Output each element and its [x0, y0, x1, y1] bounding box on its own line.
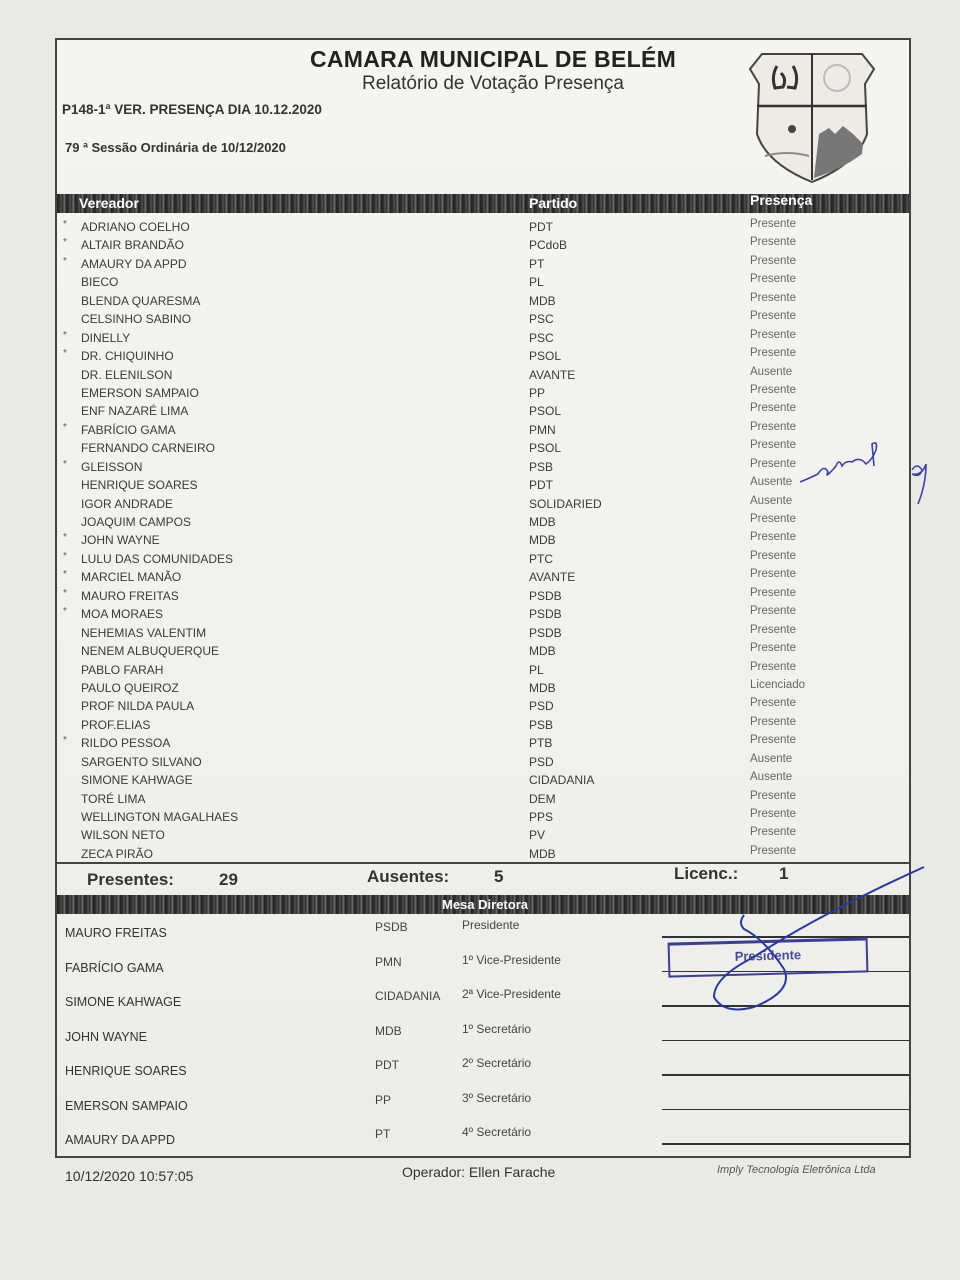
table-row: WELLINGTON MAGALHAESPPSPresente: [57, 808, 909, 826]
partido: PSOL: [529, 441, 561, 455]
mesa-member-cargo: 2º Secretário: [462, 1056, 531, 1070]
vereador-name: FERNANDO CARNEIRO: [81, 441, 215, 455]
presenca-status: Ausente: [750, 476, 792, 488]
presenca-status: Presente: [750, 550, 796, 562]
vereador-name: MOA MORAES: [81, 607, 163, 621]
partido: PSOL: [529, 404, 561, 418]
row-marker: *: [63, 348, 67, 359]
presenca-status: Ausente: [750, 366, 792, 378]
vereador-name: ADRIANO COELHO: [81, 220, 190, 234]
partido: MDB: [529, 847, 556, 861]
vereador-name: SIMONE KAHWAGE: [81, 773, 193, 787]
vereador-name: DR. ELENILSON: [81, 368, 172, 382]
partido: PSD: [529, 699, 554, 713]
row-marker: *: [63, 569, 67, 580]
signature-line: [662, 1074, 909, 1076]
vereadores-table: *ADRIANO COELHOPDTPresente*ALTAIR BRANDÃ…: [57, 218, 909, 863]
column-header-partido: Partido: [529, 195, 577, 211]
presenca-status: Presente: [750, 402, 796, 414]
mesa-member-partido: MDB: [375, 1024, 402, 1038]
presenca-status: Presente: [750, 236, 796, 248]
signature-line: [662, 1143, 909, 1145]
presenca-status: Presente: [750, 255, 796, 267]
mesa-member-name: EMERSON SAMPAIO: [65, 1099, 188, 1113]
table-row: WILSON NETOPVPresente: [57, 826, 909, 844]
partido: MDB: [529, 533, 556, 547]
presenca-status: Presente: [750, 347, 796, 359]
vereador-name: IGOR ANDRADE: [81, 497, 173, 511]
table-row: *DINELLYPSCPresente: [57, 329, 909, 347]
mesa-row: JOHN WAYNEMDB1º Secretário: [57, 1016, 909, 1051]
vereador-name: LULU DAS COMUNIDADES: [81, 552, 233, 566]
ausentes-label: Ausentes:: [367, 867, 449, 887]
mesa-member-cargo: Presidente: [462, 918, 519, 932]
presenca-status: Presente: [750, 826, 796, 838]
table-row: *GLEISSONPSBPresente: [57, 458, 909, 476]
report-datetime: 10/12/2020 10:57:05: [65, 1168, 193, 1184]
signature-line: [662, 1109, 909, 1111]
presenca-status: Presente: [750, 439, 796, 451]
presenca-status: Ausente: [750, 771, 792, 783]
mesa-member-partido: PMN: [375, 955, 402, 969]
partido: MDB: [529, 644, 556, 658]
partido: PV: [529, 828, 545, 842]
table-row: *MARCIEL MANÃOAVANTEPresente: [57, 568, 909, 586]
partido: PDT: [529, 478, 553, 492]
partido: PSDB: [529, 607, 562, 621]
presenca-status: Presente: [750, 661, 796, 673]
vereador-name: GLEISSON: [81, 460, 142, 474]
vereador-name: BLENDA QUARESMA: [81, 294, 200, 308]
table-header: Vereador Partido Presença: [57, 194, 909, 213]
vereador-name: WELLINGTON MAGALHAES: [81, 810, 238, 824]
presenca-status: Presente: [750, 642, 796, 654]
vereador-name: DR. CHIQUINHO: [81, 349, 174, 363]
table-row: PAULO QUEIROZMDBLicenciado: [57, 679, 909, 697]
partido: MDB: [529, 515, 556, 529]
partido: MDB: [529, 294, 556, 308]
presenca-status: Presente: [750, 790, 796, 802]
vereador-name: SARGENTO SILVANO: [81, 755, 202, 769]
table-row: NENEM ALBUQUERQUEMDBPresente: [57, 642, 909, 660]
presenca-status: Presente: [750, 421, 796, 433]
mesa-member-cargo: 4º Secretário: [462, 1125, 531, 1139]
mesa-member-cargo: 1º Secretário: [462, 1022, 531, 1036]
mesa-member-partido: PDT: [375, 1058, 399, 1072]
partido: CIDADANIA: [529, 773, 594, 787]
presenca-status: Ausente: [750, 495, 792, 507]
partido: DEM: [529, 792, 556, 806]
presenca-status: Presente: [750, 218, 796, 230]
vereador-name: PROF.ELIAS: [81, 718, 150, 732]
presenca-status: Presente: [750, 845, 796, 857]
partido: PSOL: [529, 349, 561, 363]
operator-name: Operador: Ellen Farache: [402, 1164, 555, 1180]
company-credit: Imply Tecnologia Eletrônica Ltda: [717, 1164, 876, 1176]
vereador-name: AMAURY DA APPD: [81, 257, 187, 271]
vereador-name: PAULO QUEIROZ: [81, 681, 179, 695]
presenca-status: Presente: [750, 697, 796, 709]
presenca-status: Presente: [750, 384, 796, 396]
vereador-name: WILSON NETO: [81, 828, 165, 842]
partido: MDB: [529, 681, 556, 695]
table-row: DR. ELENILSONAVANTEAusente: [57, 366, 909, 384]
licenc-label: Licenc.:: [674, 864, 738, 884]
partido: PL: [529, 275, 544, 289]
table-row: *LULU DAS COMUNIDADESPTCPresente: [57, 550, 909, 568]
table-row: PROF NILDA PAULAPSDPresente: [57, 697, 909, 715]
mesa-row: EMERSON SAMPAIOPP3º Secretário: [57, 1085, 909, 1120]
presidente-stamp: Presidente: [668, 937, 869, 977]
partido: PSC: [529, 312, 554, 326]
table-row: BIECOPLPresente: [57, 273, 909, 291]
table-row: *JOHN WAYNEMDBPresente: [57, 531, 909, 549]
table-row: *MOA MORAESPSDBPresente: [57, 605, 909, 623]
presenca-status: Ausente: [750, 753, 792, 765]
vereador-name: ZECA PIRÃO: [81, 847, 153, 861]
totals-bar: Presentes: 29 Ausentes: 5 Licenc.: 1: [57, 866, 909, 892]
partido: PSDB: [529, 626, 562, 640]
mesa-member-name: MAURO FREITAS: [65, 926, 167, 940]
table-row: *FABRÍCIO GAMAPMNPresente: [57, 421, 909, 439]
mesa-row: SIMONE KAHWAGECIDADANIA2ª Vice-President…: [57, 981, 909, 1016]
table-row: TORÉ LIMADEMPresente: [57, 790, 909, 808]
vereador-name: PABLO FARAH: [81, 663, 163, 677]
table-row: ENF NAZARÉ LIMAPSOLPresente: [57, 402, 909, 420]
vereador-name: BIECO: [81, 275, 118, 289]
signature-line: [662, 1005, 909, 1007]
table-row: PROF.ELIASPSBPresente: [57, 716, 909, 734]
partido: PSDB: [529, 589, 562, 603]
vereador-name: MARCIEL MANÃO: [81, 570, 181, 584]
presenca-status: Presente: [750, 310, 796, 322]
presenca-status: Presente: [750, 624, 796, 636]
partido: PMN: [529, 423, 556, 437]
table-row: *MAURO FREITASPSDBPresente: [57, 587, 909, 605]
row-marker: *: [63, 532, 67, 543]
table-row: *DR. CHIQUINHOPSOLPresente: [57, 347, 909, 365]
partido: PSB: [529, 460, 553, 474]
vereador-name: CELSINHO SABINO: [81, 312, 191, 326]
vereador-name: FABRÍCIO GAMA: [81, 423, 176, 437]
vereador-name: EMERSON SAMPAIO: [81, 386, 199, 400]
partido: PSB: [529, 718, 553, 732]
row-marker: *: [63, 459, 67, 470]
mesa-member-name: SIMONE KAHWAGE: [65, 995, 181, 1009]
presenca-status: Presente: [750, 716, 796, 728]
row-marker: *: [63, 551, 67, 562]
table-row: PABLO FARAHPLPresente: [57, 661, 909, 679]
table-row: *ADRIANO COELHOPDTPresente: [57, 218, 909, 236]
presenca-status: Presente: [750, 292, 796, 304]
mesa-member-partido: PT: [375, 1127, 390, 1141]
table-row: SIMONE KAHWAGECIDADANIAAusente: [57, 771, 909, 789]
presenca-status: Presente: [750, 531, 796, 543]
ausentes-count: 5: [494, 867, 503, 887]
mesa-row: HENRIQUE SOARESPDT2º Secretário: [57, 1050, 909, 1085]
partido: SOLIDARIED: [529, 497, 602, 511]
signature-line: [662, 936, 909, 938]
mesa-member-partido: PP: [375, 1093, 391, 1107]
presenca-status: Presente: [750, 568, 796, 580]
table-row: IGOR ANDRADESOLIDARIEDAusente: [57, 495, 909, 513]
vereador-name: NEHEMIAS VALENTIM: [81, 626, 206, 640]
vereador-name: JOHN WAYNE: [81, 533, 160, 547]
presenca-status: Presente: [750, 458, 796, 470]
mesa-member-name: JOHN WAYNE: [65, 1030, 147, 1044]
table-row: *RILDO PESSOAPTBPresente: [57, 734, 909, 752]
vereador-name: PROF NILDA PAULA: [81, 699, 194, 713]
presenca-status: Presente: [750, 734, 796, 746]
presenca-status: Licenciado: [750, 679, 805, 691]
vereador-name: HENRIQUE SOARES: [81, 478, 198, 492]
partido: AVANTE: [529, 368, 575, 382]
vereador-name: DINELLY: [81, 331, 130, 345]
presentes-label: Presentes:: [87, 870, 174, 890]
partido: PPS: [529, 810, 553, 824]
partido: PSD: [529, 755, 554, 769]
table-row: HENRIQUE SOARESPDTAusente: [57, 476, 909, 494]
vereador-name: NENEM ALBUQUERQUE: [81, 644, 219, 658]
row-marker: *: [63, 588, 67, 599]
vereador-name: ALTAIR BRANDÃO: [81, 238, 184, 252]
table-row: *ALTAIR BRANDÃOPCdoBPresente: [57, 236, 909, 254]
row-marker: *: [63, 237, 67, 248]
licenc-count: 1: [779, 864, 788, 884]
row-marker: *: [63, 606, 67, 617]
presenca-status: Presente: [750, 605, 796, 617]
city-coat-of-arms-icon: [747, 44, 877, 184]
table-row: CELSINHO SABINOPSCPresente: [57, 310, 909, 328]
row-marker: *: [63, 330, 67, 341]
mesa-diretora-title: Mesa Diretora: [442, 897, 528, 912]
row-marker: *: [63, 219, 67, 230]
row-marker: *: [63, 256, 67, 267]
mesa-member-cargo: 2ª Vice-Presidente: [462, 987, 561, 1001]
vereador-name: RILDO PESSOA: [81, 736, 170, 750]
presenca-status: Presente: [750, 513, 796, 525]
mesa-member-name: HENRIQUE SOARES: [65, 1064, 187, 1078]
partido: PL: [529, 663, 544, 677]
table-row: EMERSON SAMPAIOPPPresente: [57, 384, 909, 402]
row-marker: *: [63, 735, 67, 746]
mesa-member-partido: PSDB: [375, 920, 408, 934]
mesa-row: AMAURY DA APPDPT4º Secretário: [57, 1119, 909, 1154]
mesa-member-name: FABRÍCIO GAMA: [65, 961, 164, 975]
signature-line: [662, 1040, 909, 1042]
mesa-member-name: AMAURY DA APPD: [65, 1133, 175, 1147]
presenca-status: Presente: [750, 587, 796, 599]
partido: PCdoB: [529, 238, 567, 252]
column-header-presenca: Presença: [750, 192, 812, 208]
partido: PTB: [529, 736, 552, 750]
table-row: FERNANDO CARNEIROPSOLPresente: [57, 439, 909, 457]
mesa-member-cargo: 1º Vice-Presidente: [462, 953, 561, 967]
partido: AVANTE: [529, 570, 575, 584]
session-description: 79 ª Sessão Ordinária de 10/12/2020: [65, 140, 286, 155]
partido: PSC: [529, 331, 554, 345]
table-row: ZECA PIRÃOMDBPresente: [57, 845, 909, 863]
row-marker: *: [63, 422, 67, 433]
table-row: *AMAURY DA APPDPTPresente: [57, 255, 909, 273]
vereador-name: MAURO FREITAS: [81, 589, 179, 603]
table-row: JOAQUIM CAMPOSMDBPresente: [57, 513, 909, 531]
partido: PTC: [529, 552, 553, 566]
table-row: SARGENTO SILVANOPSDAusente: [57, 753, 909, 771]
table-row: BLENDA QUARESMAMDBPresente: [57, 292, 909, 310]
report-sheet: CAMARA MUNICIPAL DE BELÉM Relatório de V…: [55, 38, 911, 1158]
partido: PT: [529, 257, 544, 271]
presenca-status: Presente: [750, 808, 796, 820]
vereador-name: ENF NAZARÉ LIMA: [81, 404, 188, 418]
column-header-vereador: Vereador: [79, 195, 139, 211]
partido: PP: [529, 386, 545, 400]
session-id: P148-1ª VER. PRESENÇA DIA 10.12.2020: [62, 102, 322, 117]
presenca-status: Presente: [750, 273, 796, 285]
presentes-count: 29: [219, 870, 238, 890]
mesa-member-cargo: 3º Secretário: [462, 1091, 531, 1105]
vereador-name: JOAQUIM CAMPOS: [81, 515, 191, 529]
table-row: NEHEMIAS VALENTIMPSDBPresente: [57, 624, 909, 642]
vereador-name: TORÉ LIMA: [81, 792, 145, 806]
presenca-status: Presente: [750, 329, 796, 341]
partido: PDT: [529, 220, 553, 234]
mesa-member-partido: CIDADANIA: [375, 989, 440, 1003]
